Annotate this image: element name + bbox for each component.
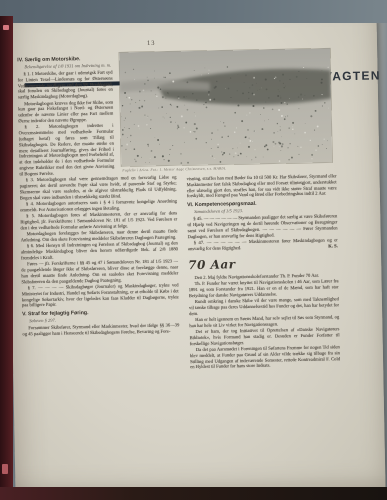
spine-mark-top [3,25,9,30]
paragraph: Rundt omkring i danske Skibe vil der vær… [189,296,339,316]
paragraph: Forsømmer Skibsfører, Styrmand eller Mas… [22,323,179,338]
paragraph: Føres — jfr. Forskrifterne i §§ 45 og 47… [21,259,178,285]
magazine-page: 13 FRIVAGTEN [6,14,385,494]
paragraph: § 6. Med Hensyn til Indretningen og Føre… [21,241,178,261]
spine-mark-bottom [2,464,8,474]
paragraph: Th. P. Funder har været knyttet til Navi… [189,278,339,298]
paragraph: § 5. Motordagbogen føres af Maskinmester… [20,210,177,230]
paragraph: § 45. — — — — — — Styrmanden paaligger d… [187,213,337,239]
left-text-column: IV. Særlig om Motorskibe. Bekendtgørelse… [17,54,182,471]
paragraph: § 47. — — — — — — Maskinmesteren fører M… [188,237,338,251]
photographed-magazine-page: 13 FRIVAGTEN [0,0,387,500]
right-text-column: visning, straffes han med Bøder fra 10 t… [186,173,342,469]
book-spine [0,16,13,500]
paragraph-text: § 47. — — — — — — Maskinmesteren fører M… [188,237,338,251]
paragraph: § 3. Motordagbogen skal være gennemdrage… [19,174,176,200]
page-number: 13 [147,40,156,47]
photo-wrap-spacer [112,54,176,175]
table-background-bottom [0,487,387,500]
article-heading-70-aar: 70 Aar [188,255,338,272]
paragraph: Da det paa Aarsmødet i Foreningen til Sø… [190,344,340,370]
table-background-top [0,0,387,23]
paragraph: § 7. — — — — Skibsdagbøger (Journaler) o… [22,282,179,308]
paragraph: Det er ham, der tog Initiativet til Opre… [189,326,339,346]
author-initials: K. S. [322,243,338,249]
paragraph-continuation: visning, straffes han med Bøder fra 10 t… [186,173,336,199]
